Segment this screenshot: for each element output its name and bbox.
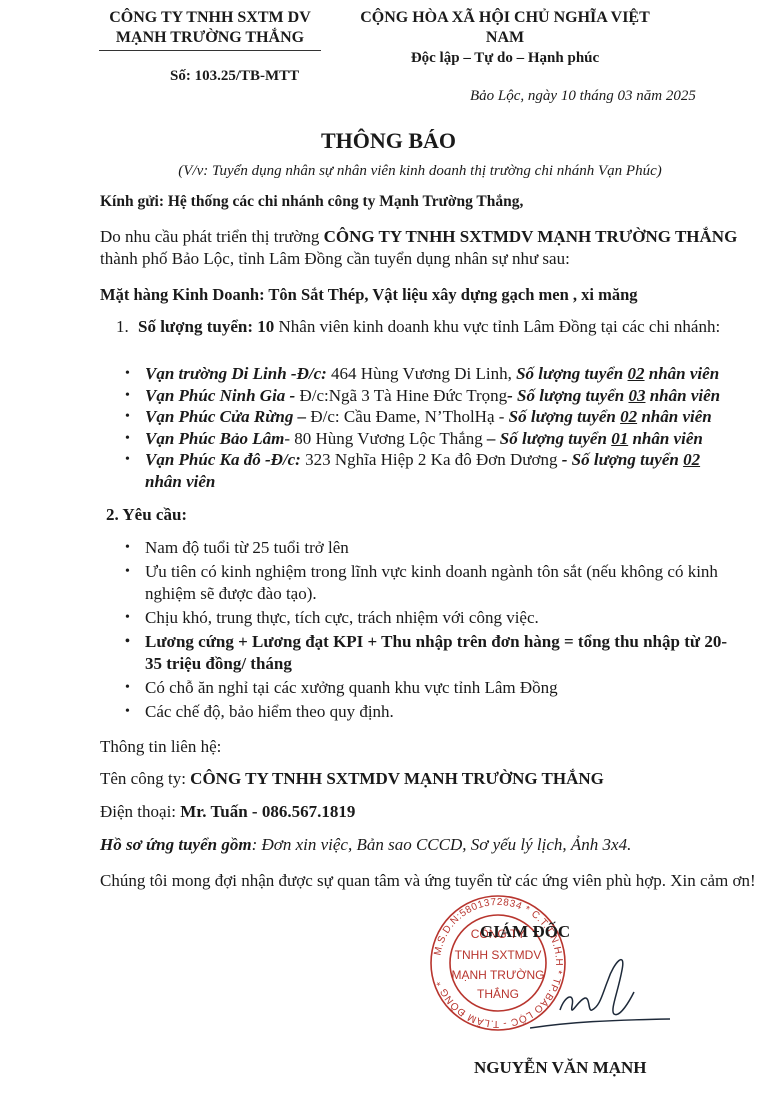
nation-motto: Độc lập – Tự do – Hạnh phúc (340, 48, 670, 68)
branch-name: Vạn Phúc Bảo Lâm (145, 429, 284, 448)
nation-title: CỘNG HÒA XÃ HỘI CHỦ NGHĨA VIỆT NAM (340, 8, 670, 48)
quantity-count: 10 (257, 317, 274, 336)
quantity-text: Nhân viên kinh doanh khu vực tỉnh Lâm Đồ… (274, 317, 720, 336)
contact-phone: Điện thoại: Mr. Tuấn - 086.567.1819 (100, 801, 355, 823)
intro-suffix: thành phố Bảo Lộc, tỉnh Lâm Đồng cần tuy… (100, 249, 570, 268)
company-name-line2: MẠNH TRƯỜNG THẮNG (90, 28, 330, 48)
signer-name: NGUYỄN VĂN MẠNH (474, 1058, 647, 1078)
branch-name: Vạn trường Di Linh -Đ/c: (145, 364, 327, 383)
branch-name: Vạn Phúc Cửa Rừng – (145, 407, 310, 426)
signer-title: GIÁM ĐỐC (480, 922, 570, 942)
branch-qty-unit: nhân viên (645, 364, 720, 383)
company-label: Tên công ty: (100, 769, 190, 788)
branch-qty: 02 (628, 364, 645, 383)
branch-list: Vạn trường Di Linh -Đ/c: 464 Hùng Vương … (115, 363, 740, 492)
closing-paragraph: Chúng tôi mong đợi nhận được sự quan tâm… (100, 870, 760, 892)
requirement-item: Ưu tiên có kinh nghiệm trong lĩnh vực ki… (115, 561, 740, 605)
branch-address: 323 Nghĩa Hiệp 2 Ka đô Đơn Dương (301, 450, 562, 469)
quantity-label: Số lượng tuyển: (138, 317, 253, 336)
signature-icon (530, 940, 730, 1040)
branch-qty: 03 (628, 386, 645, 405)
intro-company: CÔNG TY TNHH SXTMDV MẠNH TRƯỜNG THẮNG (324, 227, 738, 246)
requirement-item: Các chế độ, bảo hiểm theo quy định. (115, 701, 740, 723)
requirement-item: Nam độ tuổi từ 25 tuổi trở lên (115, 537, 740, 559)
branch-address: Đ/c:Ngã 3 Tà Hine Đức Trọng (299, 386, 507, 405)
company-value: CÔNG TY TNHH SXTMDV MẠNH TRƯỜNG THẮNG (190, 769, 604, 788)
branch-qty: 01 (611, 429, 628, 448)
branch-address: Đ/c: Cầu Đame, N’TholHạ - (310, 407, 508, 426)
section-requirements-heading: 2. Yêu cầu: (106, 505, 187, 525)
branch-item: Vạn Phúc Bảo Lâm- 80 Hùng Vương Lộc Thắn… (115, 428, 740, 450)
branch-item: Vạn Phúc Ka đô -Đ/c: 323 Nghĩa Hiệp 2 Ka… (115, 449, 740, 492)
company-name-line1: CÔNG TY TNHH SXTM DV (90, 8, 330, 28)
document-date: Bảo Lộc, ngày 10 tháng 03 năm 2025 (470, 88, 696, 105)
national-header: CỘNG HÒA XÃ HỘI CHỦ NGHĨA VIỆT NAM Độc l… (340, 8, 670, 68)
requirements-list: Nam độ tuổi từ 25 tuổi trở lênƯu tiên có… (115, 537, 740, 725)
branch-qty-label: - Số lượng tuyển (507, 386, 628, 405)
application-docs: Hồ sơ ứng tuyển gồm: Đơn xin việc, Bản s… (100, 834, 631, 856)
branch-address: 464 Hùng Vương Di Linh, (327, 364, 516, 383)
company-header: CÔNG TY TNHH SXTM DV MẠNH TRƯỜNG THẮNG (90, 8, 330, 51)
document-number: Số: 103.25/TB-MTT (170, 68, 299, 85)
document-title: THÔNG BÁO (0, 128, 777, 154)
branch-qty-unit: nhân viên (645, 386, 720, 405)
branch-qty-unit: nhân viên (628, 429, 703, 448)
branch-qty-label: Số lượng tuyển (509, 407, 620, 426)
branch-address: - 80 Hùng Vương Lộc Thắng (284, 429, 487, 448)
products-line: Mặt hàng Kinh Doanh: Tôn Sắt Thép, Vật l… (100, 285, 638, 305)
branch-qty-label: Số lượng tuyển (516, 364, 627, 383)
branch-qty-label: - Số lượng tuyển (562, 450, 683, 469)
intro-prefix: Do nhu cầu phát triển thị trường (100, 227, 324, 246)
document-subject: (V/v: Tuyển dụng nhân sự nhân viên kinh … (100, 163, 740, 180)
branch-qty-unit: nhân viên (637, 407, 712, 426)
requirement-item: Lương cứng + Lương đạt KPI + Thu nhập tr… (115, 631, 740, 675)
branch-qty-unit: nhân viên (145, 472, 215, 491)
intro-paragraph: Do nhu cầu phát triển thị trường CÔNG TY… (100, 226, 740, 270)
section-quantity: 1. Số lượng tuyển: 10 Nhân viên kinh doa… (116, 316, 736, 338)
svg-text:TNHH SXTMDV: TNHH SXTMDV (455, 948, 542, 962)
contact-heading: Thông tin liên hệ: (100, 736, 221, 758)
branch-item: Vạn Phúc Cửa Rừng – Đ/c: Cầu Đame, N’Tho… (115, 406, 740, 428)
docs-label: Hồ sơ ứng tuyển gồm (100, 835, 252, 854)
requirement-item: Có chỗ ăn nghỉ tại các xưởng quanh khu v… (115, 677, 740, 699)
phone-label: Điện thoại: (100, 802, 180, 821)
branch-item: Vạn Phúc Ninh Gia - Đ/c:Ngã 3 Tà Hine Đứ… (115, 385, 740, 407)
section-number: 1. (116, 316, 129, 338)
branch-qty: 02 (683, 450, 700, 469)
requirement-item: Chịu khó, trung thực, tích cực, trách nh… (115, 607, 740, 629)
branch-qty-label: – Số lượng tuyển (487, 429, 611, 448)
branch-name: Vạn Phúc Ka đô -Đ/c: (145, 450, 301, 469)
header-divider (99, 50, 321, 51)
recipient-line: Kính gửi: Hệ thống các chi nhánh công ty… (100, 193, 523, 211)
contact-company: Tên công ty: CÔNG TY TNHH SXTMDV MẠNH TR… (100, 768, 604, 790)
branch-qty: 02 (620, 407, 637, 426)
svg-text:THẮNG: THẮNG (477, 986, 519, 1001)
docs-value: : Đơn xin việc, Bản sao CCCD, Sơ yếu lý … (252, 835, 632, 854)
branch-name: Vạn Phúc Ninh Gia - (145, 386, 299, 405)
branch-item: Vạn trường Di Linh -Đ/c: 464 Hùng Vương … (115, 363, 740, 385)
phone-value: Mr. Tuấn - 086.567.1819 (180, 802, 355, 821)
